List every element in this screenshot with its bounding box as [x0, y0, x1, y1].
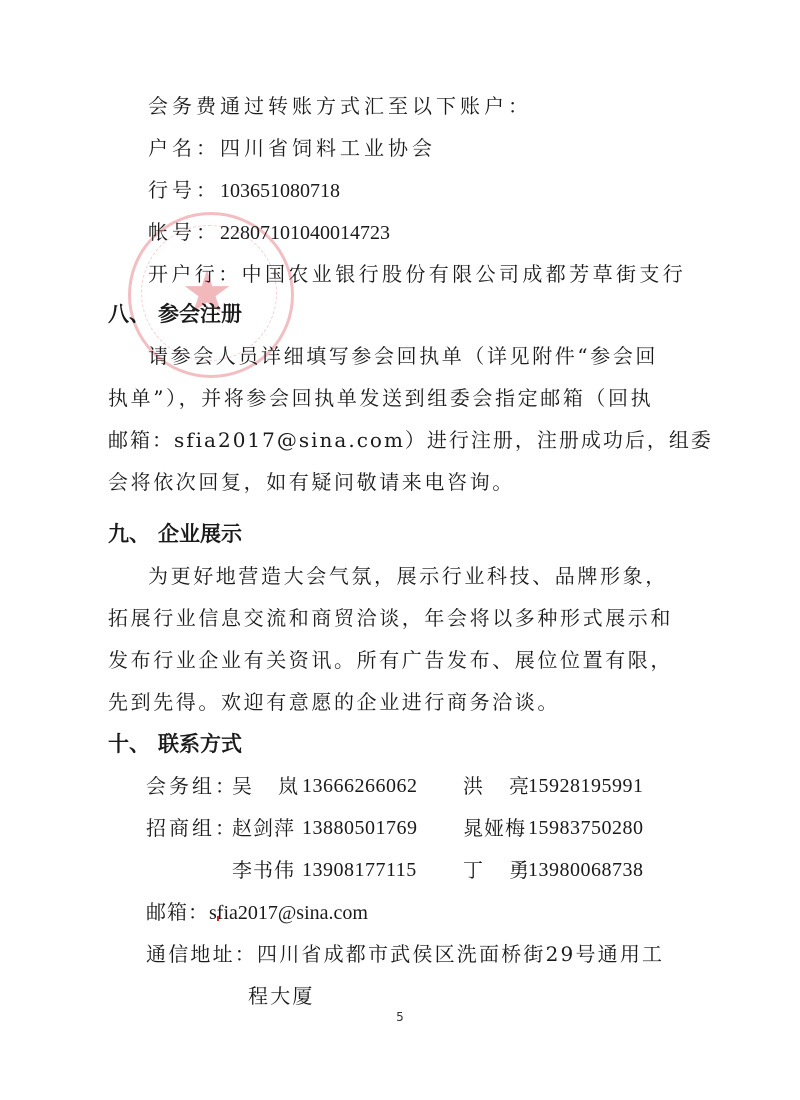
section-10-heading: 十、联系方式	[108, 730, 242, 758]
payment-intro: 会务费通过转账方式汇至以下账户：	[148, 92, 532, 120]
bank-code-value: 103651080718	[220, 180, 340, 202]
account-name-line: 户名：四川省饲料工业协会	[148, 134, 436, 162]
section-10-number: 十、	[108, 730, 158, 758]
section-8-heading: 八、参会注册	[108, 300, 242, 328]
section-8-paragraph-line-4: 会将依次回复，如有疑问敬请来电咨询。	[108, 468, 515, 496]
section-8-paragraph-line-2: 执单”），并将参会回执单发送到组委会指定邮箱（回执	[108, 384, 653, 412]
bank-branch-line: 开户行：中国农业银行股份有限公司成都芳草街支行	[148, 260, 686, 288]
contact-phone: 13880501769	[302, 814, 418, 842]
contact-name: 丁 勇	[463, 856, 532, 884]
section-10-title: 联系方式	[158, 732, 242, 756]
section-8-paragraph-line-3: 邮箱：sfia2017@sina.com）进行注册，注册成功后，组委	[108, 426, 713, 454]
email-value: sfia2017@sina.com	[209, 902, 368, 924]
account-number-line: 帐号：22807101040014723	[148, 218, 390, 247]
address-label: 通信地址：	[146, 942, 257, 966]
bank-branch-value: 中国农业银行股份有限公司成都芳草街支行	[242, 262, 687, 286]
contact-phone: 15983750280	[528, 814, 644, 842]
account-number-label: 帐号：	[148, 220, 220, 244]
section-8-paragraph-line-1: 请参会人员详细填写参会回执单（详见附件“参会回	[148, 342, 658, 370]
document-page: ★ 会务费通过转账方式汇至以下账户： 户名：四川省饲料工业协会 行号：10365…	[0, 0, 800, 1100]
contact-name: 洪 亮	[463, 772, 532, 800]
email-label: 邮箱：	[146, 900, 209, 924]
address-line-1: 通信地址：四川省成都市武侯区洗面桥街29号通用工	[146, 940, 664, 968]
address-value-1: 四川省成都市武侯区洗面桥街29号通用工	[257, 942, 664, 966]
contact-name: 晁娅梅	[463, 814, 526, 842]
account-name-value: 四川省饲料工业协会	[220, 136, 436, 160]
contact-phone: 13908177115	[302, 856, 417, 884]
bank-branch-label: 开户行：	[148, 262, 242, 286]
ink-mark	[217, 916, 219, 921]
contact-phone: 13666266062	[302, 772, 418, 800]
account-name-label: 户名：	[148, 136, 220, 160]
section-8-number: 八、	[108, 300, 158, 328]
address-line-2: 程大厦	[248, 982, 315, 1010]
page-number: 5	[0, 1010, 800, 1024]
contact-name: 赵剑萍	[232, 814, 295, 842]
section-9-number: 九、	[108, 520, 158, 548]
contact-name: 吴 岚	[232, 772, 301, 800]
section-9-title: 企业展示	[158, 522, 242, 546]
group-label-conference: 会务组：	[146, 772, 238, 800]
contact-phone: 15928195991	[528, 772, 644, 800]
bank-code-label: 行号：	[148, 178, 220, 202]
account-number-value: 22807101040014723	[220, 222, 390, 244]
section-9-paragraph-line-3: 发布行业企业有关资讯。所有广告发布、展位位置有限，	[108, 646, 673, 674]
contact-name: 李书伟	[232, 856, 295, 884]
section-8-title: 参会注册	[158, 302, 242, 326]
group-label-investment: 招商组：	[146, 814, 238, 842]
bank-code-line: 行号：103651080718	[148, 176, 340, 205]
section-9-paragraph-line-4: 先到先得。欢迎有意愿的企业进行商务洽谈。	[108, 688, 560, 716]
section-9-paragraph-line-2: 拓展行业信息交流和商贸洽谈，年会将以多种形式展示和	[108, 604, 673, 632]
section-9-paragraph-line-1: 为更好地营造大会气氛，展示行业科技、品牌形象，	[148, 562, 668, 590]
email-line: 邮箱：sfia2017@sina.com	[146, 898, 368, 927]
section-9-heading: 九、企业展示	[108, 520, 242, 548]
contact-phone: 13980068738	[528, 856, 644, 884]
